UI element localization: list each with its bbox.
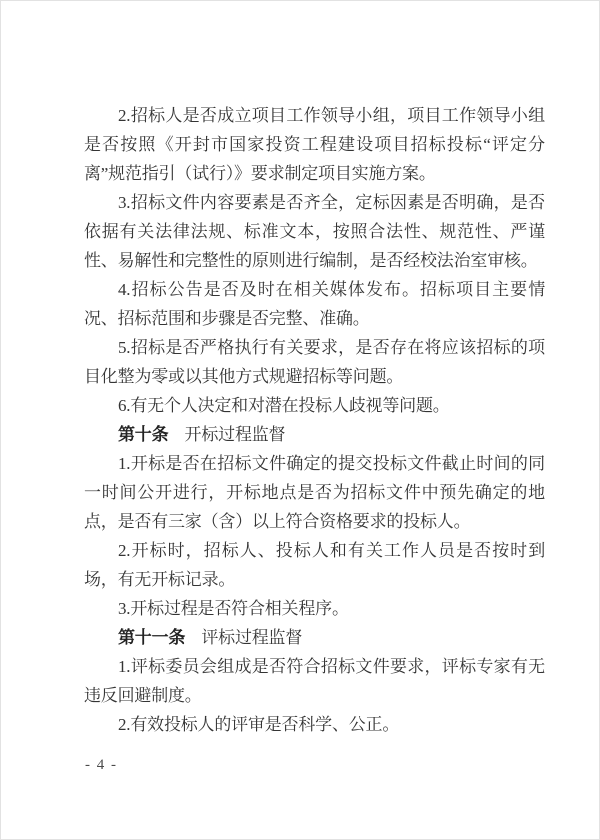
paragraph: 1.开标是否在招标文件确定的提交投标文件截止时间的同一时间公开进行，开标地点是否…: [84, 449, 545, 536]
article-title: 评标过程监督: [201, 628, 302, 647]
paragraph: 2.招标人是否成立项目工作领导小组，项目工作领导小组是否按照《开封市国家投资工程…: [84, 101, 545, 188]
article-heading: 第十条开标过程监督: [84, 420, 545, 449]
page-number: - 4 -: [85, 755, 118, 775]
paragraph: 3.开标过程是否符合相关程序。: [84, 594, 545, 623]
paragraph: 1.评标委员会组成是否符合招标文件要求，评标专家有无违反回避制度。: [84, 652, 545, 710]
paragraph: 2.开标时，招标人、投标人和有关工作人员是否按时到场，有无开标记录。: [84, 536, 545, 594]
document-body: 2.招标人是否成立项目工作领导小组，项目工作领导小组是否按照《开封市国家投资工程…: [84, 101, 545, 739]
paragraph: 6.有无个人决定和对潜在投标人歧视等问题。: [84, 391, 545, 420]
paragraph: 5.招标是否严格执行有关要求，是否存在将应该招标的项目化整为零或以其他方式规避招…: [84, 333, 545, 391]
article-title: 开标过程监督: [185, 425, 286, 444]
document-page: 2.招标人是否成立项目工作领导小组，项目工作领导小组是否按照《开封市国家投资工程…: [0, 0, 600, 840]
article-number: 第十条: [118, 425, 168, 444]
paragraph: 3.招标文件内容要素是否齐全，定标因素是否明确，是否依据有关法律法规、标准文本，…: [84, 188, 545, 275]
paragraph: 4.招标公告是否及时在相关媒体发布。招标项目主要情况、招标范围和步骤是否完整、准…: [84, 275, 545, 333]
article-heading: 第十一条评标过程监督: [84, 623, 545, 652]
article-number: 第十一条: [118, 628, 185, 647]
paragraph: 2.有效投标人的评审是否科学、公正。: [84, 710, 545, 739]
